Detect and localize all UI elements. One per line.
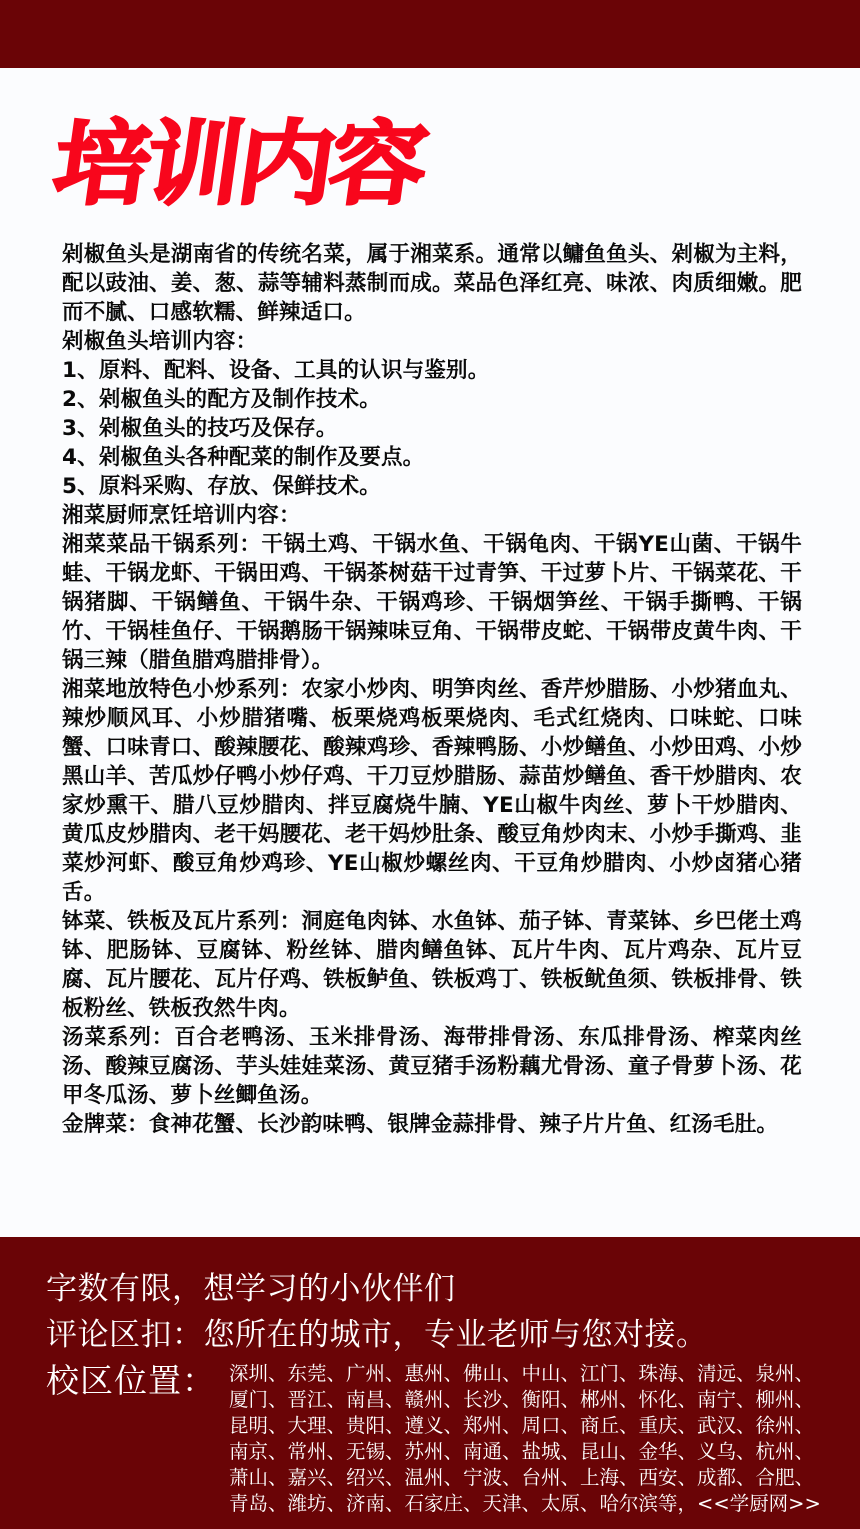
signature-dishes: 金牌菜：食神花蟹、长沙韵味鸭、银牌金蒜排骨、辣子片片鱼、红汤毛肚。 [62,1110,802,1139]
footer-line-limited: 字数有限，想学习的小伙伴们 [46,1269,456,1309]
campus-label: 校区位置： [46,1361,216,1401]
campus-line: 深圳、东莞、广州、惠州、佛山、中山、江门、珠海、清远、泉州、 [229,1361,829,1387]
list-item: 2、剁椒鱼头的配方及制作技术。 [62,385,802,414]
campus-list: 深圳、东莞、广州、惠州、佛山、中山、江门、珠海、清远、泉州、 厦门、晋江、南昌、… [229,1361,829,1517]
list-item: 3、剁椒鱼头的技巧及保存。 [62,414,802,443]
campus-line: 萧山、嘉兴、绍兴、温州、宁波、台州、上海、西安、成都、合肥、 [229,1465,829,1491]
section-heading-hunan-chef: 湘菜厨师烹饪培训内容： [62,501,802,530]
dry-pot-series: 湘菜菜品干锅系列：干锅土鸡、干锅水鱼、干锅龟肉、干锅YE山菌、干锅牛蛙、干锅龙虾… [62,530,802,675]
page-title: 培训内容 [47,112,430,217]
list-item: 5、原料采购、存放、保鲜技术。 [62,472,802,501]
footer-panel: 字数有限，想学习的小伙伴们 评论区扣：您所在的城市，专业老师与您对接。 校区位置… [0,1237,860,1529]
training-content: 剁椒鱼头是湖南省的传统名菜，属于湘菜系。通常以鳙鱼鱼头、剁椒为主料，配以豉油、姜… [62,240,802,1139]
intro-paragraph: 剁椒鱼头是湖南省的传统名菜，属于湘菜系。通常以鳙鱼鱼头、剁椒为主料，配以豉油、姜… [62,240,802,327]
top-banner-bar [0,0,860,68]
section-heading-fish-head: 剁椒鱼头培训内容： [62,327,802,356]
stir-fry-series: 湘菜地放特色小炒系列：农家小炒肉、明笋肉丝、香芹炒腊肠、小炒猪血丸、辣炒顺风耳、… [62,675,802,907]
list-item: 4、剁椒鱼头各种配菜的制作及要点。 [62,443,802,472]
list-item: 1、原料、配料、设备、工具的认识与鉴别。 [62,356,802,385]
campus-line: 昆明、大理、贵阳、遵义、郑州、周口、商丘、重庆、武汉、徐州、 [229,1413,829,1439]
campus-line: 厦门、晋江、南昌、赣州、长沙、衡阳、郴州、怀化、南宁、柳州、 [229,1387,829,1413]
soup-series: 汤菜系列：百合老鸭汤、玉米排骨汤、海带排骨汤、东瓜排骨汤、榨菜肉丝汤、酸辣豆腐汤… [62,1023,802,1110]
footer-line-comment: 评论区扣：您所在的城市，专业老师与您对接。 [46,1315,708,1355]
campus-line: 青岛、潍坊、济南、石家庄、天津、太原、哈尔滨等，<<学厨网>> [229,1491,829,1517]
campus-line: 南京、常州、无锡、苏州、南通、盐城、昆山、金华、义乌、杭州、 [229,1439,829,1465]
bowl-iron-tile-series: 钵菜、铁板及瓦片系列：洞庭龟肉钵、水鱼钵、茄子钵、青菜钵、乡巴佬土鸡钵、肥肠钵、… [62,907,802,1023]
